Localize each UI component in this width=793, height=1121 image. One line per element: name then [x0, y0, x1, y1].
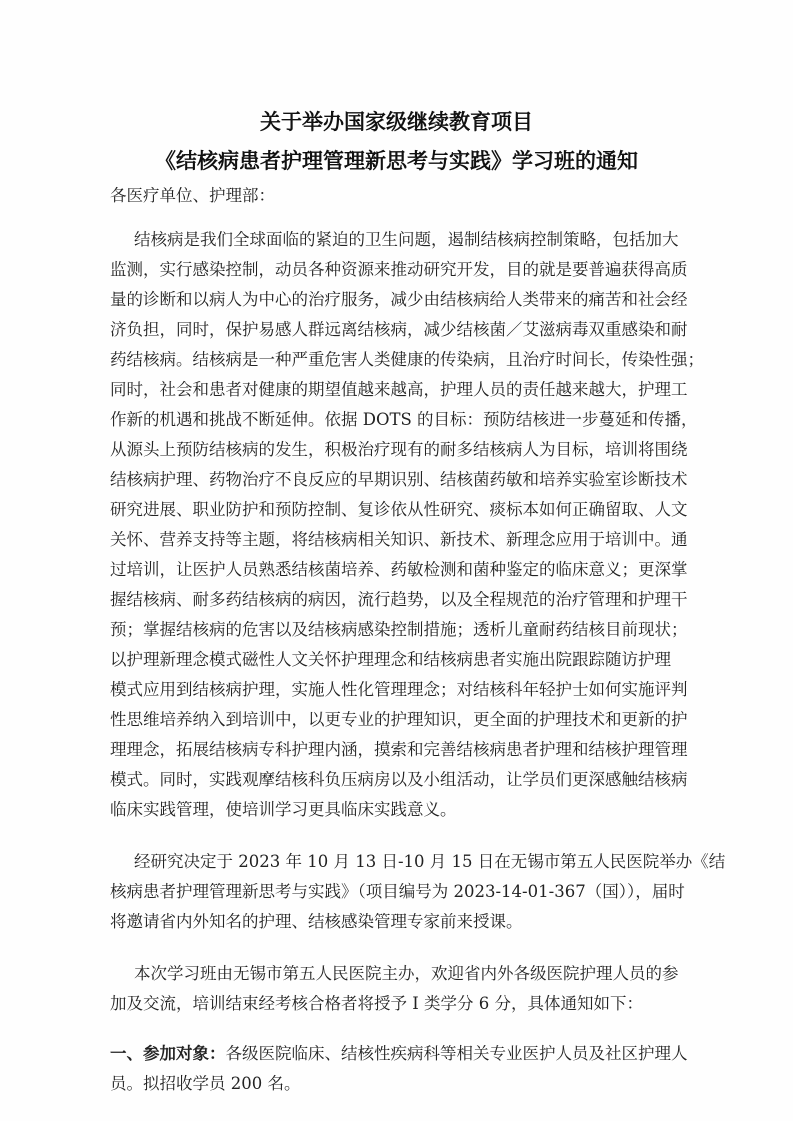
section-line: 一、参加对象：各级医院临床、结核性疾病科等相关专业医护人员及社区护理人 — [110, 1042, 662, 1066]
section-line: 员。拟招收学员 200 名。 — [110, 1072, 662, 1096]
paragraph-line: 监测，实行感染控制，动员各种资源来推动研究开发，目的就是要普遍获得高质 — [110, 258, 662, 282]
paragraph-line: 药结核病。结核病是一种严重危害人类健康的传染病，且治疗时间长，传染性强； — [110, 348, 662, 372]
paragraph-line: 核病患者护理管理新思考与实践》（项目编号为 2023-14-01-367（国））… — [110, 880, 662, 904]
paragraph-line: 量的诊断和以病人为中心的治疗服务，减少由结核病给人类带来的痛苦和社会经 — [110, 288, 662, 312]
paragraph-line: 济负担，同时，保护易感人群远离结核病，减少结核菌／艾滋病毒双重感染和耐 — [110, 318, 662, 342]
paragraph-line: 关怀、营养支持等主题，将结核病相关知识、新技术、新理念应用于培训中。通 — [110, 528, 662, 552]
paragraph-line: 以护理新理念模式磁性人文关怀护理理念和结核病患者实施出院跟踪随访护理 — [110, 648, 662, 672]
paragraph-line: 将邀请省内外知名的护理、结核感染管理专家前来授课。 — [110, 910, 662, 934]
paragraph-line: 作新的机遇和挑战不断延伸。依据 DOTS 的目标：预防结核进一步蔓延和传播， — [110, 408, 662, 432]
document-title-line-1: 关于举办国家级继续教育项目 — [0, 106, 793, 136]
paragraph-line: 理理念，拓展结核病专科护理内涵，摸索和完善结核病患者护理和结核护理管理 — [110, 738, 662, 762]
document-title-line-2: 《结核病患者护理管理新思考与实践》学习班的通知 — [0, 145, 793, 175]
paragraph-line: 模式。同时，实践观摩结核科负压病房以及小组活动，让学员们更深感触结核病 — [110, 768, 662, 792]
paragraph-line: 临床实践管理，使培训学习更具临床实践意义。 — [110, 798, 662, 822]
salutation: 各医疗单位、护理部： — [110, 184, 275, 208]
paragraph-line: 加及交流，培训结束经考核合格者将授予 I 类学分 6 分，具体通知如下： — [110, 992, 662, 1016]
paragraph-line: 性思维培养纳入到培训中，以更专业的护理知识，更全面的护理技术和更新的护 — [110, 708, 662, 732]
paragraph-line: 模式应用到结核病护理，实施人性化管理理念；对结核科年轻护士如何实施评判 — [110, 678, 662, 702]
paragraph-line: 过培训，让医护人员熟悉结核菌培养、药敏检测和菌种鉴定的临床意义；更深掌 — [110, 558, 662, 582]
section-text: 各级医院临床、结核性疾病科等相关专业医护人员及社区护理人 — [226, 1044, 688, 1063]
document-page: 关于举办国家级继续教育项目 《结核病患者护理管理新思考与实践》学习班的通知 各医… — [0, 0, 793, 1121]
paragraph-line: 结核病是我们全球面临的紧迫的卫生问题，遏制结核病控制策略，包括加大 — [134, 228, 662, 252]
paragraph-line: 同时，社会和患者对健康的期望值越来越高，护理人员的责任越来越大，护理工 — [110, 378, 662, 402]
paragraph-line: 本次学习班由无锡市第五人民医院主办，欢迎省内外各级医院护理人员的参 — [134, 962, 662, 986]
paragraph-line: 预；掌握结核病的危害以及结核病感染控制措施；透析儿童耐药结核目前现状； — [110, 618, 662, 642]
paragraph-line: 握结核病、耐多药结核病的病因，流行趋势，以及全程规范的治疗管理和护理干 — [110, 588, 662, 612]
paragraph-line: 结核病护理、药物治疗不良反应的早期识别、结核菌药敏和培养实验室诊断技术 — [110, 468, 662, 492]
paragraph-line: 从源头上预防结核病的发生，积极治疗现有的耐多结核病人为目标，培训将围绕 — [110, 438, 662, 462]
paragraph-line: 经研究决定于 2023 年 10 月 13 日-10 月 15 日在无锡市第五人… — [134, 850, 662, 874]
paragraph-line: 研究进展、职业防护和预防控制、复诊依从性研究、痰标本如何正确留取、人文 — [110, 498, 662, 522]
section-label: 一、参加对象： — [110, 1044, 226, 1063]
